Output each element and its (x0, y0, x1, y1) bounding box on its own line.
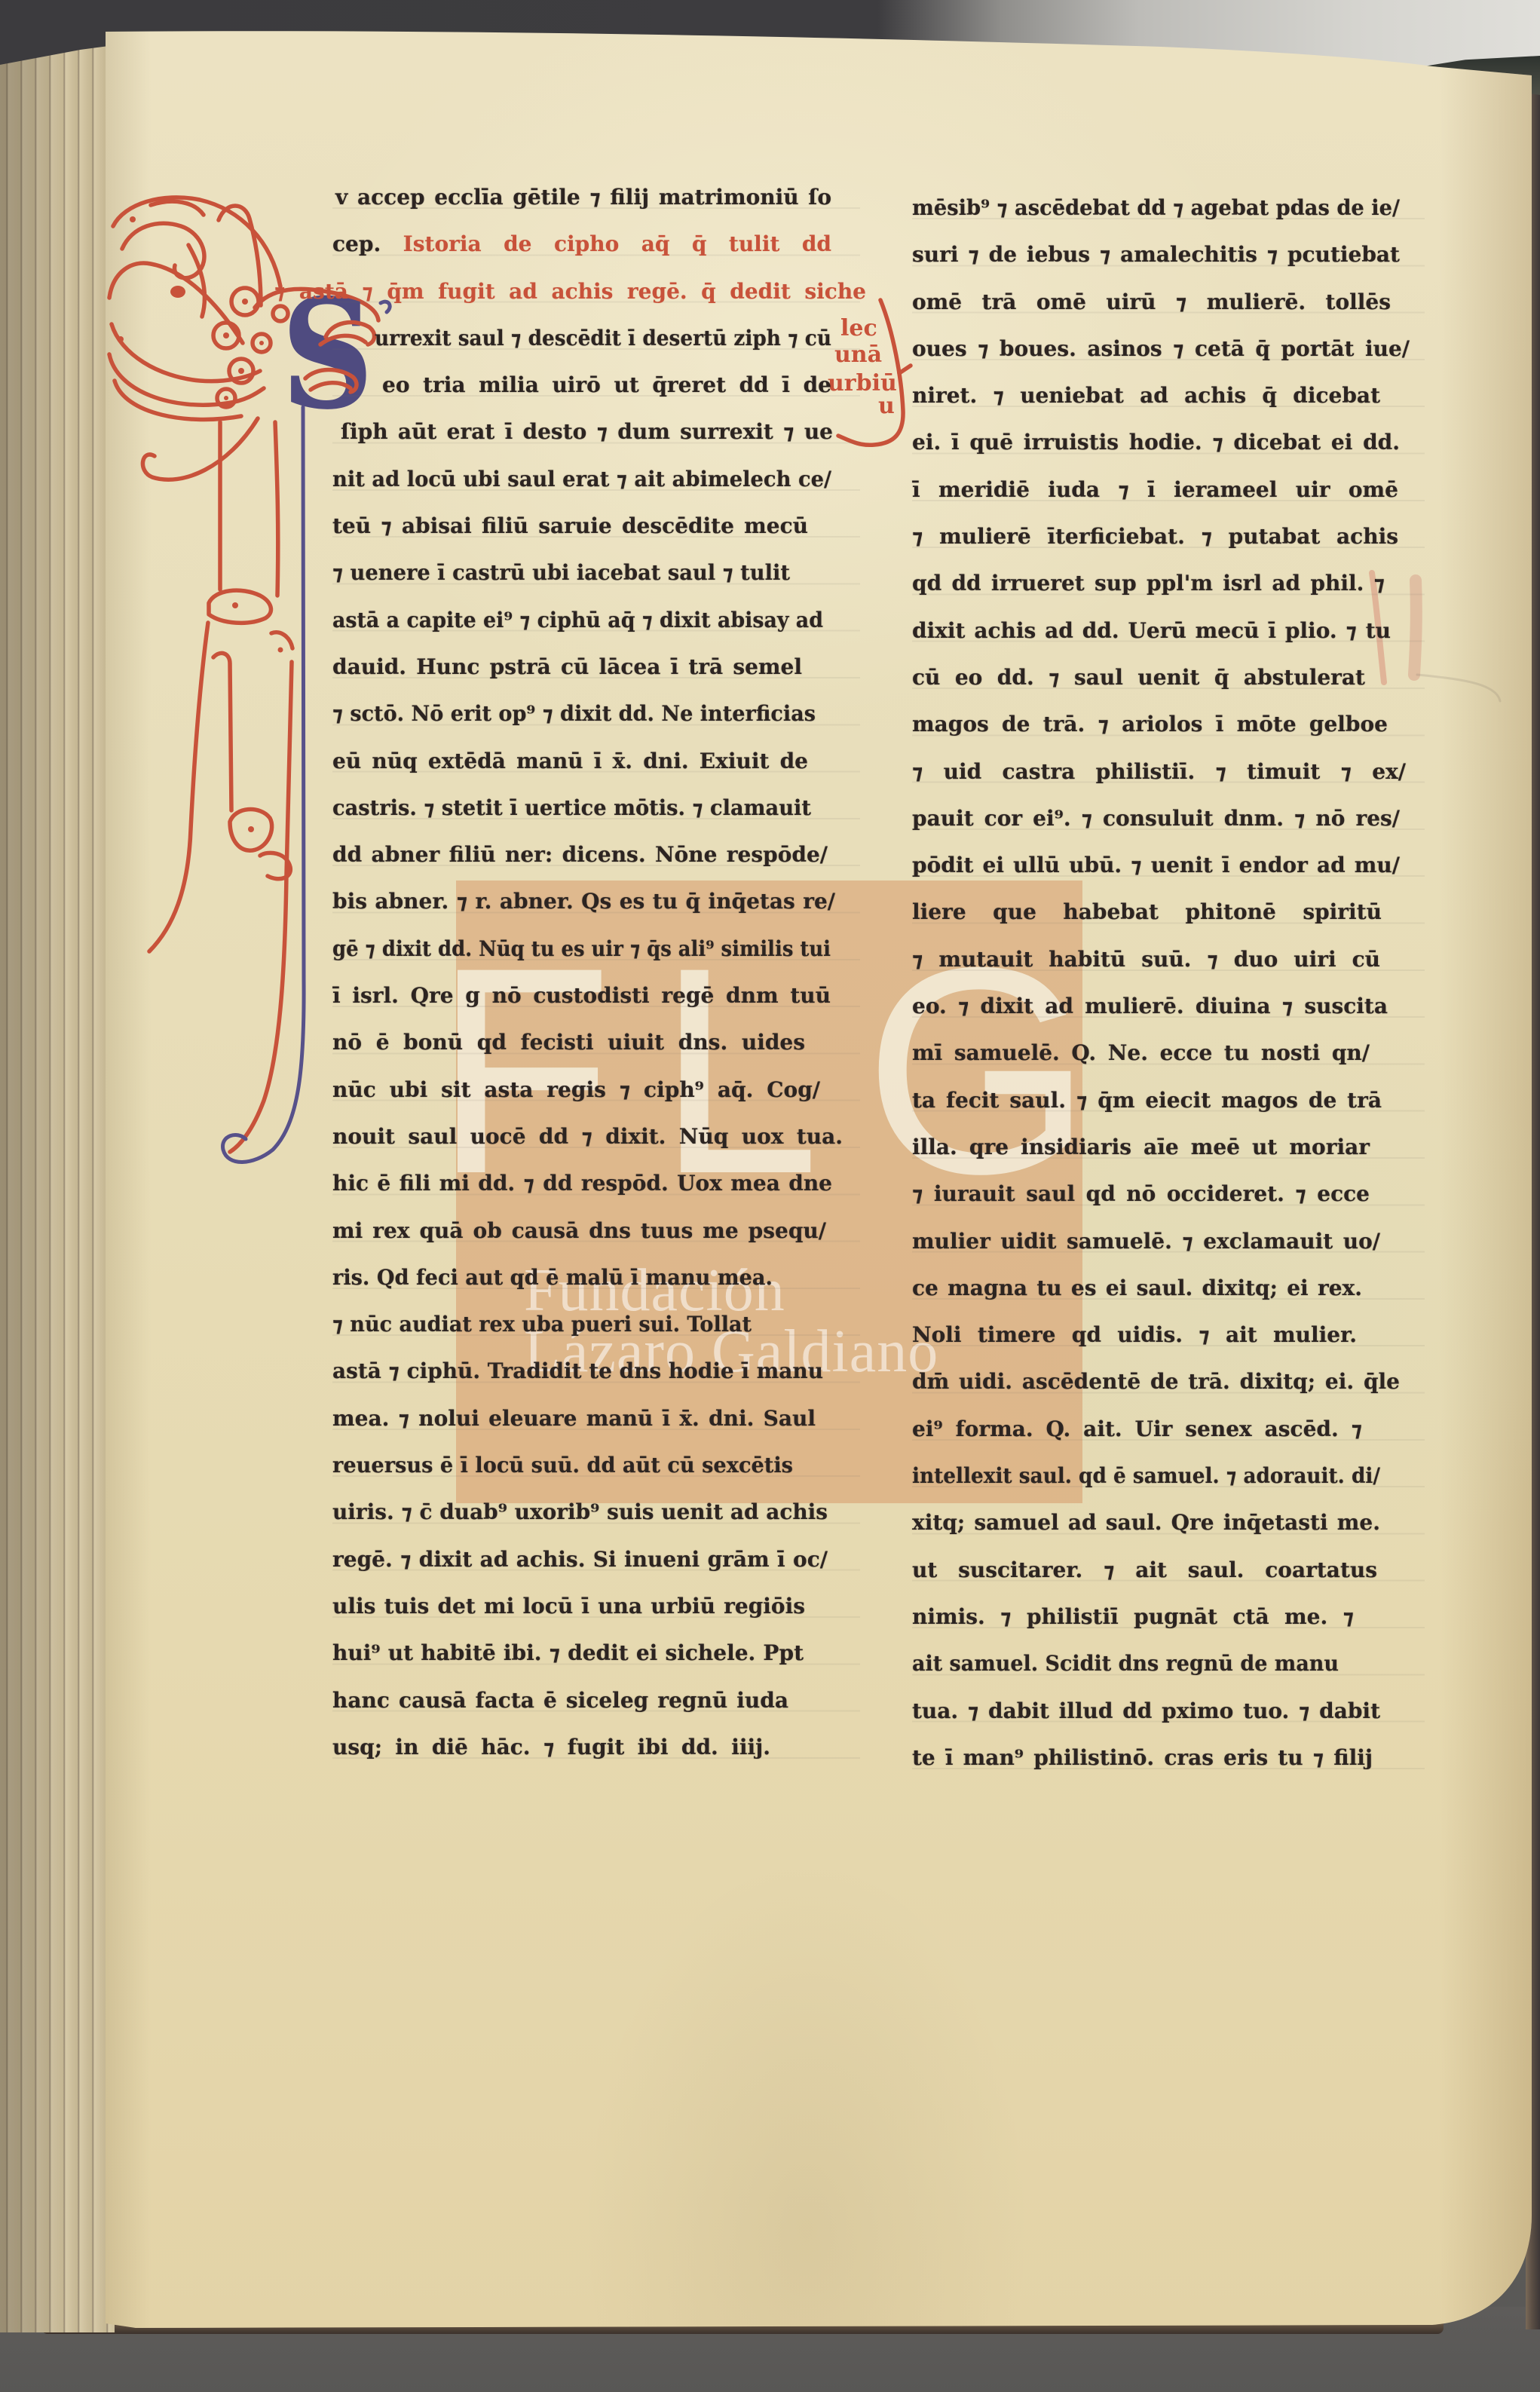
manuscript-line: te ī man⁹ philistinō. cras eris tu ⁊ fil… (912, 1735, 1373, 1781)
line-text: mēsib⁹ ⁊ ascēdebat dd ⁊ agebat pdas de i… (912, 185, 1400, 231)
manuscript-line: eo. ⁊ dixit ad mulierē. diuina ⁊ suscita (912, 983, 1388, 1030)
line-text: ei. ī quē irruistis hodie. ⁊ dicebat ei … (912, 419, 1400, 466)
line-text: bis abner. ⁊ r. abner. Qs es tu q̄ inq̄e… (332, 878, 835, 925)
manuscript-line: Noli timere qd uidis. ⁊ ait mulier. (912, 1312, 1357, 1358)
line-text: liere que habebat phitonē spiritū (912, 889, 1382, 936)
manuscript-line: mī samuelē. Q. Ne. ecce tu nosti qn/ (912, 1030, 1370, 1077)
line-text: eū nūq extēdā manū ī x̄. dni. Exiuit de (332, 738, 808, 785)
line-text: v accep ecclīa gētile ⁊ filij matrimoniū… (335, 174, 831, 221)
line-text: ta fecit saul. ⁊ q̄m eiecit magos de trā (912, 1077, 1382, 1124)
manuscript-line: hic ē fili mi dd. ⁊ dd respōd. Uox mea d… (332, 1160, 832, 1207)
manuscript-line: magos de trā. ⁊ ariolos ī mōte gelboe (912, 701, 1388, 748)
manuscript-line: ⁊ iurauit saul qd nō occideret. ⁊ ecce (912, 1171, 1370, 1217)
line-text: suri ⁊ de iebus ⁊ amalechitis ⁊ pcutieba… (912, 231, 1400, 278)
manuscript-line: ei. ī quē irruistis hodie. ⁊ dicebat ei … (912, 419, 1400, 466)
line-text: eo tria milia uirō ut q̄reret dd ī de (382, 362, 831, 409)
manuscript-line: niret. ⁊ ueniebat ad achis q̄ dicebat (912, 372, 1380, 419)
line-text: ⁊ sctō. Nō erit op⁹ ⁊ dixit dd. Ne inter… (332, 691, 816, 737)
right-text-column: mēsib⁹ ⁊ ascēdebat dd ⁊ agebat pdas de i… (912, 185, 1425, 1781)
line-text: mī samuelē. Q. Ne. ecce tu nosti qn/ (912, 1030, 1370, 1077)
manuscript-line: eū nūq extēdā manū ī x̄. dni. Exiuit de (332, 738, 808, 785)
manuscript-line: ut suscitarer. ⁊ ait saul. coartatus (912, 1547, 1377, 1594)
manuscript-line: astā ⁊ ciphū. Tradidit te dns hodie ī ma… (332, 1348, 823, 1395)
line-text: ī meridiē iuda ⁊ ī ierameel uir omē (912, 467, 1398, 513)
line-text: ⁊ nūc audiat rex uba pueri sui. Tollat (332, 1301, 752, 1348)
line-text: hanc causā facta ē siceleg regnū iuda (332, 1677, 788, 1724)
manuscript-line: nouit saul uocē dd ⁊ dixit. Nūq uox tua. (332, 1113, 843, 1160)
manuscript-line: illa. qre insidiaris aīe meē ut moriar (912, 1124, 1370, 1171)
line-text: illa. qre insidiaris aīe meē ut moriar (912, 1124, 1370, 1171)
line-text: xitq; samuel ad saul. Qre inq̄etasti me. (912, 1499, 1380, 1546)
line-text: pōdit ei ullū ubū. ⁊ uenit ī endor ad mu… (912, 842, 1400, 889)
line-text: ⁊ uid castra philistiī. ⁊ timuit ⁊ ex/ (912, 749, 1406, 795)
manuscript-line: ta fecit saul. ⁊ q̄m eiecit magos de trā (912, 1077, 1382, 1124)
line-text: ⁊ mutauit habitū suū. ⁊ duo uiri cū (912, 936, 1380, 983)
manuscript-line: eo tria milia uirō ut q̄reret dd ī de (382, 362, 831, 409)
line-text: ce magna tu es ei saul. dixitq; ei rex. (912, 1265, 1362, 1312)
line-text: dauid. Hunc pstrā cū lācea ī trā semel (332, 644, 802, 691)
line-text: ⁊ iurauit saul qd nō occideret. ⁊ ecce (912, 1171, 1370, 1217)
manuscript-line: usq; in diē hāc. ⁊ fugit ibi dd. iiij. (332, 1724, 770, 1771)
manuscript-line: astā a capite ei⁹ ⁊ ciphū aq̄ ⁊ dixit ab… (332, 597, 823, 644)
rubric-title-continued: ⁊ astā ⁊ q̄m fugit ad achis regē. q̄ ded… (274, 268, 866, 315)
manuscript-line: ⁊ uenere ī castrū ubi iacebat saul ⁊ tul… (332, 550, 790, 596)
manuscript-line: uiris. ⁊ c̄ duab⁹ uxorib⁹ suis uenit ad … (332, 1489, 828, 1536)
manuscript-line: nimis. ⁊ philistiī pugnāt ctā me. ⁊ (912, 1594, 1354, 1640)
line-text: cū eo dd. ⁊ saul uenit q̄ abstulerat (912, 654, 1365, 701)
line-text: hic ē fili mi dd. ⁊ dd respōd. Uox mea d… (332, 1160, 832, 1207)
line-text: eo. ⁊ dixit ad mulierē. diuina ⁊ suscita (912, 983, 1388, 1030)
line-text: te ī man⁹ philistinō. cras eris tu ⁊ fil… (912, 1735, 1373, 1781)
manuscript-line: ⁊ mutauit habitū suū. ⁊ duo uiri cū (912, 936, 1380, 983)
line-text: intellexit saul. qd ē samuel. ⁊ adorauit… (912, 1453, 1380, 1499)
manuscript-line: pōdit ei ullū ubū. ⁊ uenit ī endor ad mu… (912, 842, 1400, 889)
manuscript-line: ⁊ mulierē īterficiebat. ⁊ putabat achis (912, 513, 1398, 560)
manuscript-line: urrexit saul ⁊ descēdit ī desertū ziph ⁊… (375, 315, 831, 362)
manuscript-line: ⁊ nūc audiat rex uba pueri sui. Tollat (332, 1301, 752, 1348)
manuscript-line: suri ⁊ de iebus ⁊ amalechitis ⁊ pcutieba… (912, 231, 1400, 278)
line-text: ut suscitarer. ⁊ ait saul. coartatus (912, 1547, 1377, 1594)
line-text: dd abner filiū ner: dicens. Nōne respōde… (332, 832, 828, 878)
line-text: usq; in diē hāc. ⁊ fugit ibi dd. iiij. (332, 1724, 770, 1771)
manuscript-line: ⁊ sctō. Nō erit op⁹ ⁊ dixit dd. Ne inter… (332, 691, 816, 737)
line-text: niret. ⁊ ueniebat ad achis q̄ dicebat (912, 372, 1380, 419)
line-text: hui⁹ ut habitē ibi. ⁊ dedit ei sichele. … (332, 1630, 804, 1677)
manuscript-line: dd abner filiū ner: dicens. Nōne respōde… (332, 832, 828, 878)
manuscript-line: xitq; samuel ad saul. Qre inq̄etasti me. (912, 1499, 1380, 1546)
manuscript-line: ſiph aūt erat ī desto ⁊ dum surrexit ⁊ u… (341, 409, 833, 455)
manuscript-line: hui⁹ ut habitē ibi. ⁊ dedit ei sichele. … (332, 1630, 804, 1677)
line-text: omē trā omē uirū ⁊ mulierē. tollēs (912, 279, 1391, 326)
manuscript-line: dixit achis ad dd. Uerū mecū ī plio. ⁊ t… (912, 608, 1391, 654)
line-text: ris. Qd feci aut qd ē malū ī manu mea. (332, 1254, 773, 1301)
manuscript-line: mi rex quā ob causā dns tuus me psequ/ (332, 1208, 826, 1254)
manuscript-line: omē trā omē uirū ⁊ mulierē. tollēs (912, 279, 1391, 326)
manuscript-line: ulis tuis det mi locū ī una urbiū regiōi… (332, 1583, 805, 1630)
line-text: pauit cor ei⁹. ⁊ consuluit dnm. ⁊ nō res… (912, 795, 1400, 842)
line-text: nimis. ⁊ philistiī pugnāt ctā me. ⁊ (912, 1594, 1354, 1640)
manuscript-line: ce magna tu es ei saul. dixitq; ei rex. (912, 1265, 1362, 1312)
manuscript-line: intellexit saul. qd ē samuel. ⁊ adorauit… (912, 1453, 1380, 1499)
line-text: dixit achis ad dd. Uerū mecū ī plio. ⁊ t… (912, 608, 1391, 654)
line-text: nouit saul uocē dd ⁊ dixit. Nūq uox tua. (332, 1113, 843, 1160)
left-text-column: v accep ecclīa gētile ⁊ filij matrimoniū… (332, 174, 860, 1771)
manuscript-line: castris. ⁊ stetit ī uertice mōtis. ⁊ cla… (332, 785, 811, 832)
fore-edge-page-stack (0, 45, 115, 2332)
manuscript-line: bis abner. ⁊ r. abner. Qs es tu q̄ inq̄e… (332, 878, 835, 925)
manuscript-line: dm̄ uidi. ascēdentē de trā. dixitq; ei. … (912, 1358, 1400, 1405)
line-text: mi rex quā ob causā dns tuus me psequ/ (332, 1208, 826, 1254)
manuscript-line: ⁊ astā ⁊ q̄m fugit ad achis regē. q̄ ded… (274, 268, 866, 315)
manuscript-line: qd dd irrueret sup ppl'm isrl ad phil. ⁊ (912, 560, 1385, 607)
manuscript-line: mēsib⁹ ⁊ ascēdebat dd ⁊ agebat pdas de i… (912, 185, 1400, 231)
line-text: ī isrl. Qre g nō custodisti regē dnm tuū (332, 972, 831, 1019)
line-text: dm̄ uidi. ascēdentē de trā. dixitq; ei. … (912, 1358, 1400, 1405)
manuscript-line: hanc causā facta ē siceleg regnū iuda (332, 1677, 788, 1724)
line-text: ſiph aūt erat ī desto ⁊ dum surrexit ⁊ u… (341, 409, 833, 455)
line-text: ulis tuis det mi locū ī una urbiū regiōi… (332, 1583, 805, 1630)
manuscript-line: reuersus ē ī locū suū. dd aūt cū sexcēti… (332, 1442, 793, 1489)
manuscript-line: v accep ecclīa gētile ⁊ filij matrimoniū… (335, 174, 831, 221)
manuscript-line: pauit cor ei⁹. ⁊ consuluit dnm. ⁊ nō res… (912, 795, 1400, 842)
line-text: tua. ⁊ dabit illud dd pximo tuo. ⁊ dabit (912, 1688, 1380, 1735)
manuscript-line: liere que habebat phitonē spiritū (912, 889, 1382, 936)
line-text: nūc ubi sit asta regis ⁊ ciph⁹ aq̄. Cog/ (332, 1067, 820, 1113)
manuscript-line: regē. ⁊ dixit ad achis. Si inueni grām ī… (332, 1536, 828, 1583)
manuscript-line: nūc ubi sit asta regis ⁊ ciph⁹ aq̄. Cog/ (332, 1067, 820, 1113)
line-text: regē. ⁊ dixit ad achis. Si inueni grām ī… (332, 1536, 828, 1583)
manuscript-line: gē ⁊ dixit dd. Nūq tu es uir ⁊ q̄s ali⁹ … (332, 926, 831, 972)
manuscript-line: dauid. Hunc pstrā cū lācea ī trā semel (332, 644, 802, 691)
line-text: reuersus ē ī locū suū. dd aūt cū sexcēti… (332, 1442, 793, 1489)
line-text-black: cep. (332, 231, 381, 256)
line-text: mea. ⁊ nolui eleuare manū ī x̄. dni. Sau… (332, 1395, 816, 1442)
line-text: ait samuel. Scidit dns regnū de manu (912, 1640, 1339, 1687)
line-text: magos de trā. ⁊ ariolos ī mōte gelboe (912, 701, 1388, 748)
manuscript-line: cū eo dd. ⁊ saul uenit q̄ abstulerat (912, 654, 1365, 701)
line-text: oues ⁊ boues. asinos ⁊ cetā q̄ portāt iu… (912, 326, 1410, 372)
manuscript-line: teū ⁊ abisai filiū saruie descēdite mecū (332, 503, 808, 550)
line-text: castris. ⁊ stetit ī uertice mōtis. ⁊ cla… (332, 785, 811, 832)
line-text: Noli timere qd uidis. ⁊ ait mulier. (912, 1312, 1357, 1358)
manuscript-line: oues ⁊ boues. asinos ⁊ cetā q̄ portāt iu… (912, 326, 1410, 372)
line-text: ⁊ mulierē īterficiebat. ⁊ putabat achis (912, 513, 1398, 560)
manuscript-line: ris. Qd feci aut qd ē malū ī manu mea. (332, 1254, 773, 1301)
line-text: astā a capite ei⁹ ⁊ ciphū aq̄ ⁊ dixit ab… (332, 597, 823, 644)
manuscript-line: nō ē bonū qd fecisti uiuit dns. uides (332, 1019, 805, 1066)
manuscript-line: ei⁹ forma. Q. ait. Uir senex ascēd. ⁊ (912, 1406, 1362, 1453)
line-text: mulier uidit samuelē. ⁊ exclamauit uo/ (912, 1218, 1380, 1265)
line-text: ei⁹ forma. Q. ait. Uir senex ascēd. ⁊ (912, 1406, 1362, 1453)
line-text: cep. Istoria de cipho aq̄ q̄ tulit dd (332, 221, 831, 268)
manuscript-line: nit ad locū ubi saul erat ⁊ ait abimelec… (332, 456, 831, 503)
manuscript-line: ī meridiē iuda ⁊ ī ierameel uir omē (912, 467, 1398, 513)
line-text: gē ⁊ dixit dd. Nūq tu es uir ⁊ q̄s ali⁹ … (332, 926, 831, 972)
manuscript-line: tua. ⁊ dabit illud dd pximo tuo. ⁊ dabit (912, 1688, 1380, 1735)
line-text: astā ⁊ ciphū. Tradidit te dns hodie ī ma… (332, 1348, 823, 1395)
manuscript-line: mulier uidit samuelē. ⁊ exclamauit uo/ (912, 1218, 1380, 1265)
manuscript-line: mea. ⁊ nolui eleuare manū ī x̄. dni. Sau… (332, 1395, 816, 1442)
line-text: uiris. ⁊ c̄ duab⁹ uxorib⁹ suis uenit ad … (332, 1489, 828, 1536)
line-text: qd dd irrueret sup ppl'm isrl ad phil. ⁊ (912, 560, 1385, 607)
manuscript-line: ī isrl. Qre g nō custodisti regē dnm tuū (332, 972, 831, 1019)
line-text: teū ⁊ abisai filiū saruie descēdite mecū (332, 503, 808, 550)
line-text: nit ad locū ubi saul erat ⁊ ait abimelec… (332, 456, 831, 503)
manuscript-line: ⁊ uid castra philistiī. ⁊ timuit ⁊ ex/ (912, 749, 1406, 795)
line-text: urrexit saul ⁊ descēdit ī desertū ziph ⁊… (375, 315, 831, 362)
line-text: nō ē bonū qd fecisti uiuit dns. uides (332, 1019, 805, 1066)
rubric-title: Istoria de cipho aq̄ q̄ tulit dd (403, 231, 831, 256)
line-text: ⁊ uenere ī castrū ubi iacebat saul ⁊ tul… (332, 550, 790, 596)
manuscript-line: cep. Istoria de cipho aq̄ q̄ tulit dd (332, 221, 831, 268)
manuscript-line: ait samuel. Scidit dns regnū de manu (912, 1640, 1339, 1687)
